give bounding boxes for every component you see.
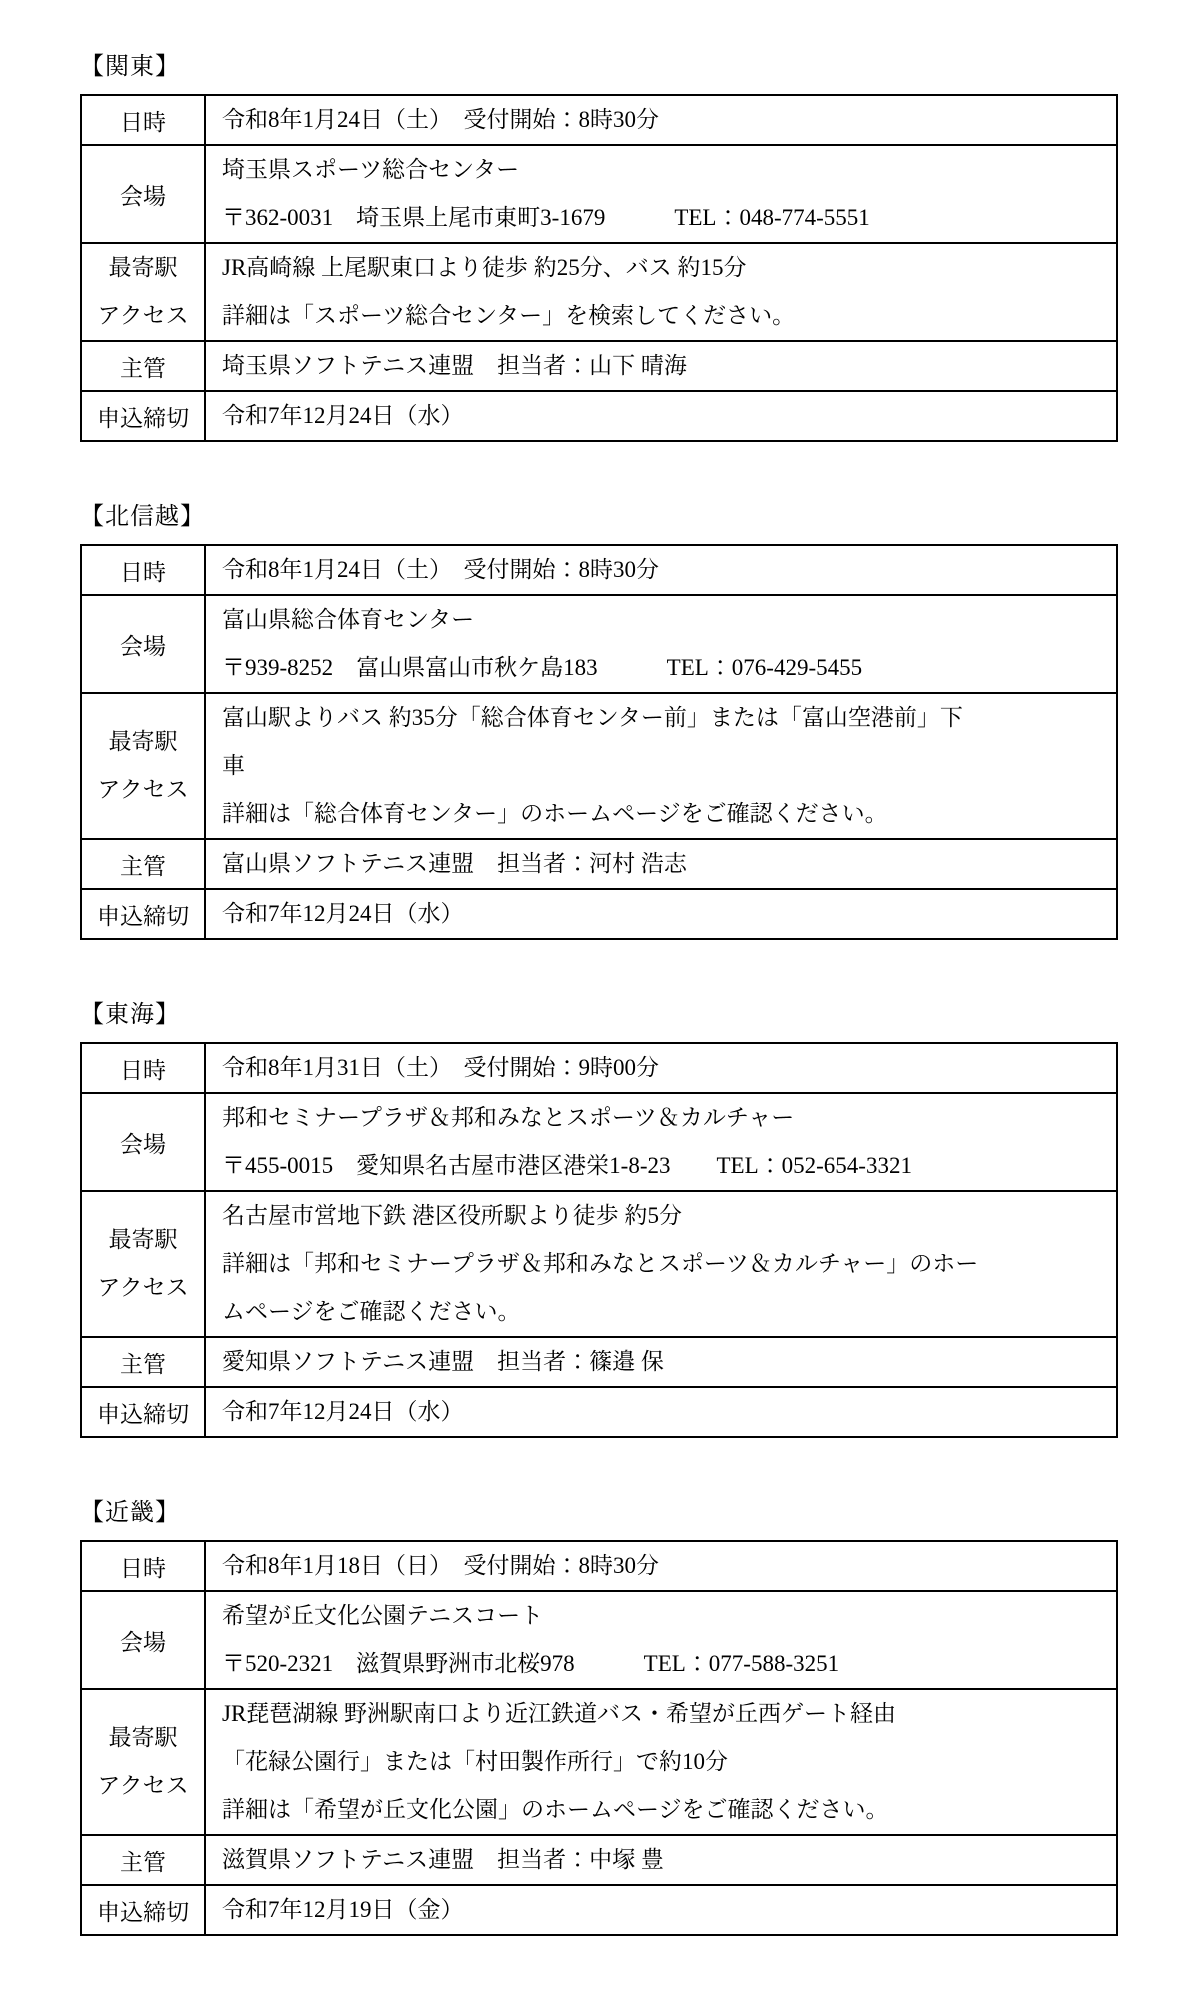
document-page: 【関東】 日時 令和8年1月24日（土） 受付開始：8時30分 会場 埼玉県スポ… [0,0,1200,1996]
row-label: 申込締切 [81,391,205,441]
value-line: 令和7年12月24日（水） [222,1388,1108,1436]
table-row-organizer: 主管 富山県ソフトテニス連盟 担当者：河村 浩志 [81,839,1117,889]
row-label: 主管 [81,839,205,889]
table-row-datetime: 日時 令和8年1月18日（日） 受付開始：8時30分 [81,1541,1117,1591]
row-label: 申込締切 [81,1885,205,1935]
row-value: 愛知県ソフトテニス連盟 担当者：篠邉 保 [205,1337,1117,1387]
value-line: 埼玉県スポーツ総合センター [222,146,1108,194]
row-value: 名古屋市営地下鉄 港区役所駅より徒歩 約5分 詳細は「邦和セミナープラザ＆邦和み… [205,1191,1117,1337]
table-row-organizer: 主管 滋賀県ソフトテニス連盟 担当者：中塚 豊 [81,1835,1117,1885]
region-info-table: 日時 令和8年1月31日（土） 受付開始：9時00分 会場 邦和セミナープラザ＆… [80,1042,1118,1438]
value-line: 令和8年1月31日（土） 受付開始：9時00分 [222,1044,1108,1092]
row-value: 富山駅よりバス 約35分「総合体育センター前」または「富山空港前」下 車 詳細は… [205,693,1117,839]
row-value: 富山県ソフトテニス連盟 担当者：河村 浩志 [205,839,1117,889]
region-info-table: 日時 令和8年1月24日（土） 受付開始：8時30分 会場 富山県総合体育センタ… [80,544,1118,940]
label-line: アクセス [84,766,202,814]
region-section-kanto: 【関東】 日時 令和8年1月24日（土） 受付開始：8時30分 会場 埼玉県スポ… [80,46,1120,442]
value-line: ムページをご確認ください。 [222,1288,1108,1336]
row-value: 希望が丘文化公園テニスコート 〒520-2321 滋賀県野洲市北桜978 TEL… [205,1591,1117,1689]
row-label: 会場 [81,1591,205,1689]
value-line: 令和7年12月24日（水） [222,392,1108,440]
row-value: 令和7年12月24日（水） [205,391,1117,441]
value-line: 詳細は「邦和セミナープラザ＆邦和みなとスポーツ＆カルチャー」のホー [222,1240,1108,1288]
row-label: 日時 [81,545,205,595]
table-row-deadline: 申込締切 令和7年12月24日（水） [81,391,1117,441]
table-row-venue: 会場 富山県総合体育センター 〒939-8252 富山県富山市秋ケ島183 TE… [81,595,1117,693]
row-label: 主管 [81,1337,205,1387]
label-line: アクセス [84,1762,202,1810]
row-label: 日時 [81,1541,205,1591]
row-label: 日時 [81,95,205,145]
region-heading: 【東海】 [80,994,1120,1029]
value-line: 〒362-0031 埼玉県上尾市東町3-1679 TEL：048-774-555… [222,194,1108,242]
row-label: 会場 [81,595,205,693]
value-line: 富山県ソフトテニス連盟 担当者：河村 浩志 [222,840,1108,888]
region-section-hokushinetsu: 【北信越】 日時 令和8年1月24日（土） 受付開始：8時30分 会場 富山県総… [80,496,1120,940]
value-line: 詳細は「スポーツ総合センター」を検索してください。 [222,292,1108,340]
row-label: 最寄駅 アクセス [81,1191,205,1337]
region-info-table: 日時 令和8年1月24日（土） 受付開始：8時30分 会場 埼玉県スポーツ総合セ… [80,94,1118,442]
row-value: 令和7年12月24日（水） [205,1387,1117,1437]
label-line: 最寄駅 [84,1216,202,1264]
value-line: 名古屋市営地下鉄 港区役所駅より徒歩 約5分 [222,1192,1108,1240]
table-row-datetime: 日時 令和8年1月24日（土） 受付開始：8時30分 [81,545,1117,595]
value-line: JR琵琶湖線 野洲駅南口より近江鉄道バス・希望が丘西ゲート経由 [222,1690,1108,1738]
label-line: 最寄駅 [84,718,202,766]
label-line: アクセス [84,1264,202,1312]
row-value: 令和8年1月31日（土） 受付開始：9時00分 [205,1043,1117,1093]
table-row-organizer: 主管 埼玉県ソフトテニス連盟 担当者：山下 晴海 [81,341,1117,391]
row-label: 最寄駅 アクセス [81,693,205,839]
table-row-organizer: 主管 愛知県ソフトテニス連盟 担当者：篠邉 保 [81,1337,1117,1387]
row-label: 日時 [81,1043,205,1093]
row-value: 令和8年1月24日（土） 受付開始：8時30分 [205,545,1117,595]
value-line: JR高崎線 上尾駅東口より徒歩 約25分、バス 約15分 [222,244,1108,292]
row-value: 令和7年12月19日（金） [205,1885,1117,1935]
value-line: 〒520-2321 滋賀県野洲市北桜978 TEL：077-588-3251 [222,1640,1108,1688]
value-line: 希望が丘文化公園テニスコート [222,1592,1108,1640]
value-line: 埼玉県ソフトテニス連盟 担当者：山下 晴海 [222,342,1108,390]
row-label: 最寄駅 アクセス [81,1689,205,1835]
value-line: 富山駅よりバス 約35分「総合体育センター前」または「富山空港前」下 [222,694,1108,742]
table-row-deadline: 申込締切 令和7年12月19日（金） [81,1885,1117,1935]
table-row-venue: 会場 希望が丘文化公園テニスコート 〒520-2321 滋賀県野洲市北桜978 … [81,1591,1117,1689]
region-heading: 【近畿】 [80,1492,1120,1527]
label-line: 最寄駅 [84,244,202,292]
row-value: JR琵琶湖線 野洲駅南口より近江鉄道バス・希望が丘西ゲート経由 「花緑公園行」ま… [205,1689,1117,1835]
value-line: 「花緑公園行」または「村田製作所行」で約10分 [222,1738,1108,1786]
table-row-access: 最寄駅 アクセス 名古屋市営地下鉄 港区役所駅より徒歩 約5分 詳細は「邦和セミ… [81,1191,1117,1337]
row-value: 令和7年12月24日（水） [205,889,1117,939]
row-value: 埼玉県ソフトテニス連盟 担当者：山下 晴海 [205,341,1117,391]
label-line: 最寄駅 [84,1714,202,1762]
row-value: 富山県総合体育センター 〒939-8252 富山県富山市秋ケ島183 TEL：0… [205,595,1117,693]
region-section-tokai: 【東海】 日時 令和8年1月31日（土） 受付開始：9時00分 会場 邦和セミナ… [80,994,1120,1438]
value-line: 令和8年1月18日（日） 受付開始：8時30分 [222,1542,1108,1590]
table-row-venue: 会場 埼玉県スポーツ総合センター 〒362-0031 埼玉県上尾市東町3-167… [81,145,1117,243]
value-line: 詳細は「総合体育センター」のホームページをご確認ください。 [222,790,1108,838]
value-line: 令和7年12月24日（水） [222,890,1108,938]
region-heading: 【関東】 [80,46,1120,81]
region-info-table: 日時 令和8年1月18日（日） 受付開始：8時30分 会場 希望が丘文化公園テニ… [80,1540,1118,1936]
value-line: 滋賀県ソフトテニス連盟 担当者：中塚 豊 [222,1836,1108,1884]
table-row-deadline: 申込締切 令和7年12月24日（水） [81,889,1117,939]
value-line: 詳細は「希望が丘文化公園」のホームページをご確認ください。 [222,1786,1108,1834]
value-line: 令和8年1月24日（土） 受付開始：8時30分 [222,96,1108,144]
table-row-access: 最寄駅 アクセス 富山駅よりバス 約35分「総合体育センター前」または「富山空港… [81,693,1117,839]
region-section-kinki: 【近畿】 日時 令和8年1月18日（日） 受付開始：8時30分 会場 希望が丘文… [80,1492,1120,1936]
table-row-venue: 会場 邦和セミナープラザ＆邦和みなとスポーツ＆カルチャー 〒455-0015 愛… [81,1093,1117,1191]
table-row-datetime: 日時 令和8年1月31日（土） 受付開始：9時00分 [81,1043,1117,1093]
value-line: 令和7年12月19日（金） [222,1886,1108,1934]
row-label: 申込締切 [81,889,205,939]
table-row-datetime: 日時 令和8年1月24日（土） 受付開始：8時30分 [81,95,1117,145]
value-line: 富山県総合体育センター [222,596,1108,644]
table-row-access: 最寄駅 アクセス JR琵琶湖線 野洲駅南口より近江鉄道バス・希望が丘西ゲート経由… [81,1689,1117,1835]
row-value: 令和8年1月24日（土） 受付開始：8時30分 [205,95,1117,145]
row-label: 会場 [81,145,205,243]
value-line: 車 [222,742,1108,790]
value-line: 邦和セミナープラザ＆邦和みなとスポーツ＆カルチャー [222,1094,1108,1142]
row-label: 最寄駅 アクセス [81,243,205,341]
row-label: 主管 [81,1835,205,1885]
value-line: 令和8年1月24日（土） 受付開始：8時30分 [222,546,1108,594]
row-value: 邦和セミナープラザ＆邦和みなとスポーツ＆カルチャー 〒455-0015 愛知県名… [205,1093,1117,1191]
table-row-deadline: 申込締切 令和7年12月24日（水） [81,1387,1117,1437]
row-value: JR高崎線 上尾駅東口より徒歩 約25分、バス 約15分 詳細は「スポーツ総合セ… [205,243,1117,341]
row-label: 会場 [81,1093,205,1191]
row-label: 主管 [81,341,205,391]
row-value: 滋賀県ソフトテニス連盟 担当者：中塚 豊 [205,1835,1117,1885]
value-line: 愛知県ソフトテニス連盟 担当者：篠邉 保 [222,1338,1108,1386]
label-line: アクセス [84,292,202,340]
row-label: 申込締切 [81,1387,205,1437]
table-row-access: 最寄駅 アクセス JR高崎線 上尾駅東口より徒歩 約25分、バス 約15分 詳細… [81,243,1117,341]
region-heading: 【北信越】 [80,496,1120,531]
row-value: 令和8年1月18日（日） 受付開始：8時30分 [205,1541,1117,1591]
row-value: 埼玉県スポーツ総合センター 〒362-0031 埼玉県上尾市東町3-1679 T… [205,145,1117,243]
value-line: 〒939-8252 富山県富山市秋ケ島183 TEL：076-429-5455 [222,644,1108,692]
value-line: 〒455-0015 愛知県名古屋市港区港栄1-8-23 TEL：052-654-… [222,1142,1108,1190]
